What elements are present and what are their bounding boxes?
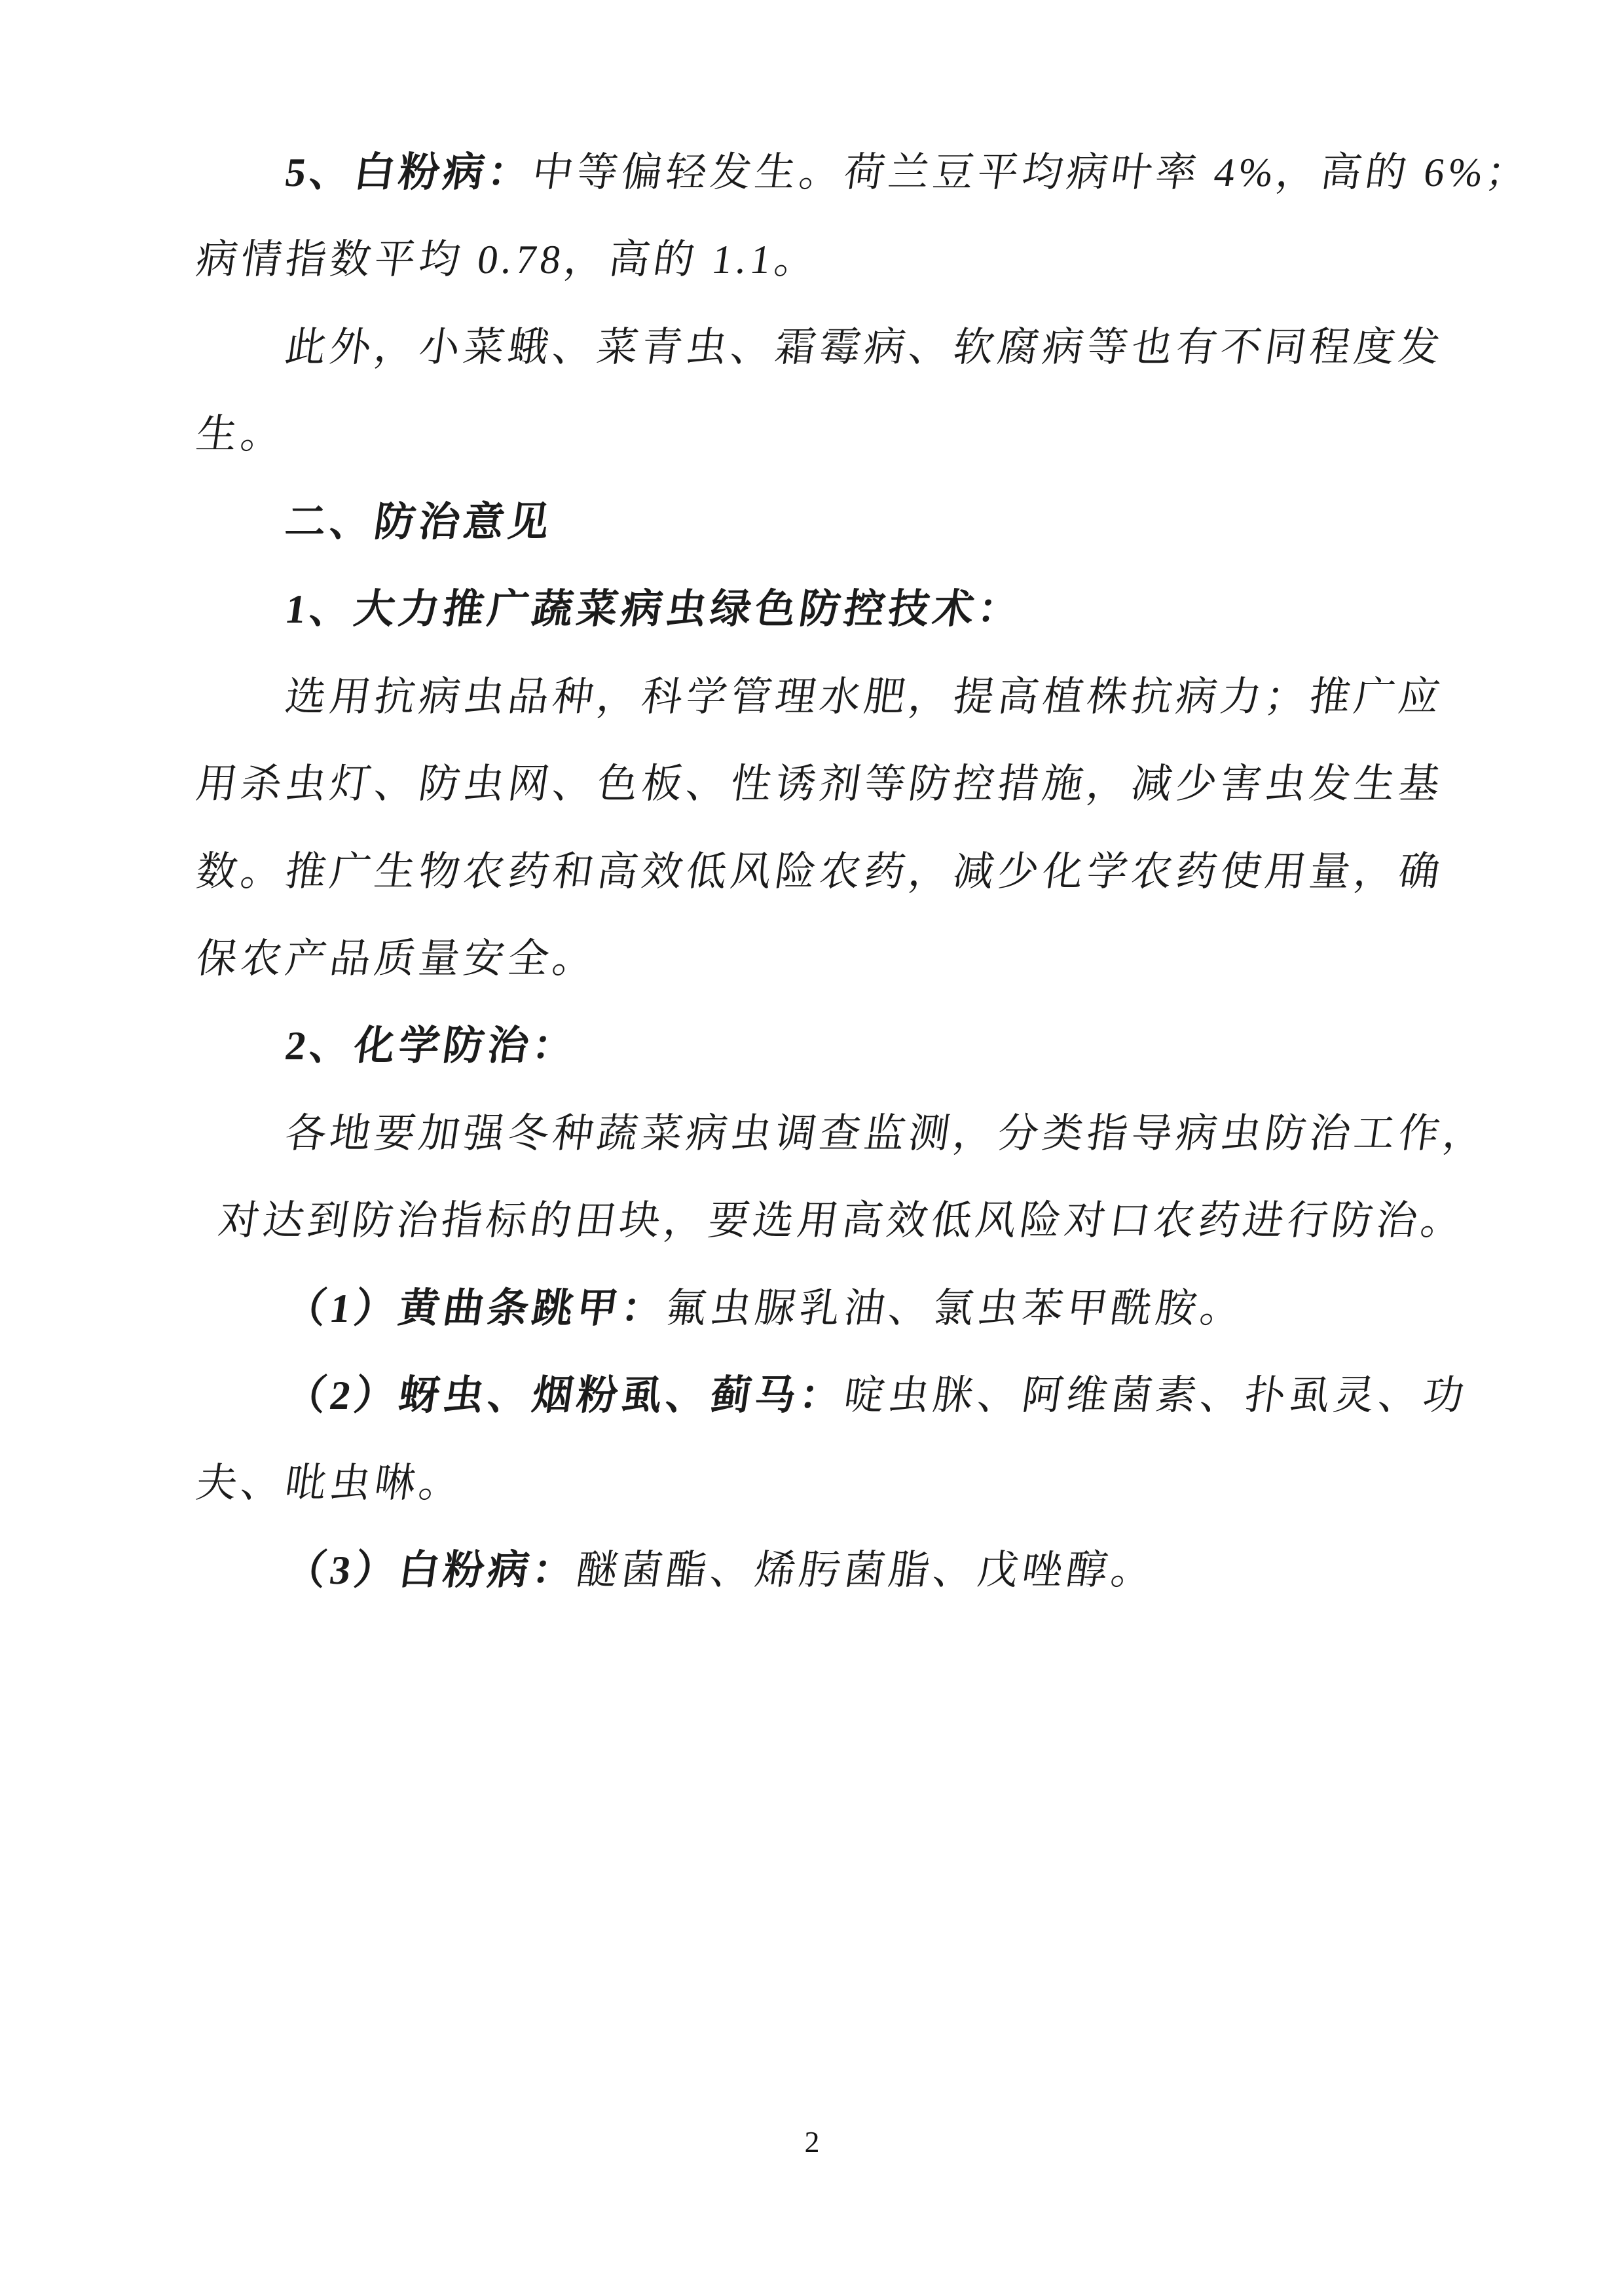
line-bold-segment: 2、化学防治：	[282, 1024, 580, 1068]
text-line-aphid-pesticides: （2）蚜虫、烟粉虱、蓟马：啶虫脒、阿维菌素、扑虱灵、功	[191, 1352, 1474, 1440]
line-text-segment: 选用抗病虫品种，科学管理水肥，提高植株抗病力；推广应	[282, 675, 1447, 720]
line-text-segment: 夫、吡虫啉。	[193, 1461, 467, 1506]
text-line-other-pests-cont: 生。	[191, 391, 292, 479]
subsection-heading-chemical-control: 2、化学防治：	[191, 1002, 583, 1090]
text-line-aphid-pesticides-cont: 夫、吡虫啉。	[191, 1440, 470, 1527]
text-line-green-control-3: 数。推广生物农药和高效低风险农药，减少化学农药使用量，确	[191, 828, 1450, 916]
text-line-flea-beetle-pesticides: （1）黄曲条跳甲：氟虫脲乳油、氯虫苯甲酰胺。	[191, 1265, 1251, 1353]
line-bold-segment: （1）黄曲条跳甲：	[282, 1286, 669, 1331]
page-number: 2	[0, 2123, 1624, 2162]
line-text-segment: 氟虫脲乳油、氯虫苯甲酰胺。	[663, 1286, 1248, 1331]
line-text-segment: 保农产品质量安全。	[193, 937, 600, 981]
line-text-segment: 病情指数平均 0.78，高的 1.1。	[193, 238, 822, 282]
line-text-segment: 用杀虫灯、防虫网、色板、性诱剂等防控措施，减少害虫发生基	[193, 762, 1447, 807]
text-line-powdery-mildew-occurrence: 5、白粉病：中等偏轻发生。荷兰豆平均病叶率 4%，高的 6%；	[191, 129, 1537, 217]
section-heading-control-opinions: 二、防治意见	[191, 479, 559, 566]
line-bold-segment: （2）蚜虫、烟粉虱、蓟马：	[282, 1374, 847, 1418]
text-line-green-control-1: 选用抗病虫品种，科学管理水肥，提高植株抗病力；推广应	[191, 653, 1450, 741]
document-page: 5、白粉病：中等偏轻发生。荷兰豆平均病叶率 4%，高的 6%； 病情指数平均 0…	[0, 0, 1624, 2296]
text-line-green-control-2: 用杀虫灯、防虫网、色板、性诱剂等防控措施，减少害虫发生基	[191, 740, 1450, 828]
text-line-other-pests: 此外，小菜蛾、菜青虫、霜霉病、软腐病等也有不同程度发	[191, 304, 1450, 392]
line-text-segment: 醚菌酯、烯肟菌脂、戊唑醇。	[574, 1548, 1159, 1593]
subsection-heading-green-control: 1、大力推广蔬菜病虫绿色防控技术：	[191, 566, 1029, 653]
line-text-segment: 此外，小菜蛾、菜青虫、霜霉病、软腐病等也有不同程度发	[282, 325, 1447, 370]
line-text-segment: 中等偏轻发生。荷兰豆平均病叶率 4%，高的 6%；	[529, 151, 1534, 195]
line-text-segment: 啶虫脒、阿维菌素、扑虱灵、功	[841, 1374, 1471, 1418]
text-line-green-control-4: 保农产品质量安全。	[191, 915, 604, 1003]
text-line-chemical-control-2: 对达到防治指标的田块，要选用高效低风险对口农药进行防治。	[191, 1177, 1472, 1265]
text-line-powdery-mildew-pesticides: （3）白粉病：醚菌酯、烯肟菌脂、戊唑醇。	[191, 1527, 1162, 1614]
line-bold-segment: 5、白粉病：	[282, 151, 536, 195]
line-bold-segment: （3）白粉病：	[282, 1548, 580, 1593]
line-text-segment: 各地要加强冬种蔬菜病虫调查监测，分类指导病虫防治工作，	[282, 1112, 1491, 1156]
text-line-disease-index: 病情指数平均 0.78，高的 1.1。	[191, 216, 826, 304]
line-text-segment: 生。	[193, 412, 289, 457]
line-bold-segment: 1、大力推广蔬菜病虫绿色防控技术：	[282, 587, 1025, 632]
line-text-segment: 对达到防治指标的田块，要选用高效低风险对口农药进行防治。	[215, 1199, 1469, 1243]
line-text-segment: 数。推广生物农药和高效低风险农药，减少化学农药使用量，确	[193, 850, 1447, 894]
line-bold-segment: 二、防治意见	[282, 500, 556, 545]
text-line-chemical-control-1: 各地要加强冬种蔬菜病虫调查监测，分类指导病虫防治工作，	[191, 1090, 1494, 1178]
